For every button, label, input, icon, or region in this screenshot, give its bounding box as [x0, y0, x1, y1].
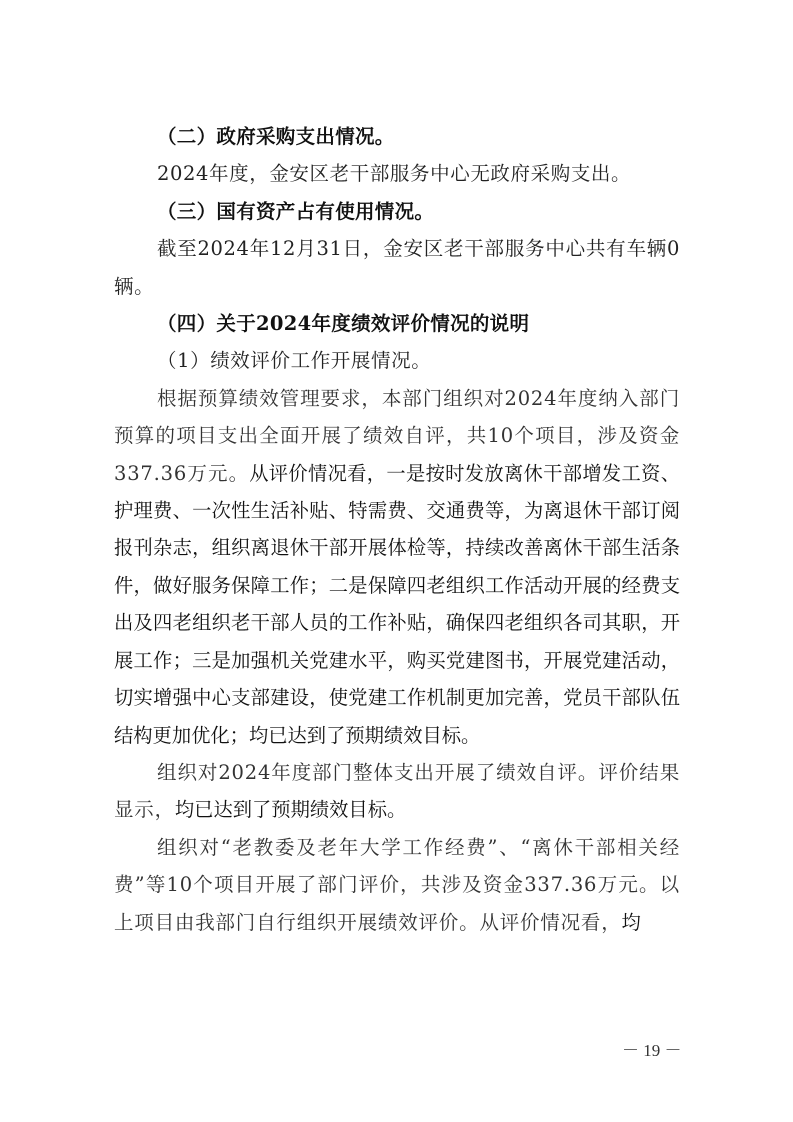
- paragraph-evaluation-findings: 从评价情况看，一是按时发放离休干部增发工资、护理费、一次性生活补贴、特需费、交通…: [114, 462, 680, 747]
- page-number: － 19 －: [622, 1036, 702, 1061]
- section-heading-performance-evaluation: （四）关于2024年度绩效评价情况的说明: [114, 305, 680, 342]
- document-body: （二）政府采购支出情况。 2024年度，金安区老干部服务中心无政府采购支出。 （…: [114, 118, 680, 941]
- paragraph-procurement-statement: 2024年度，金安区老干部服务中心无政府采购支出。: [114, 155, 680, 192]
- paragraph-department-continuation: 均: [622, 911, 641, 934]
- paragraph-overall-evaluation: 组织对2024年度部门整体支出开展了绩效自评。评价结果显示，均已达到了预期绩效目…: [114, 754, 680, 829]
- paragraph-overall-result: 均已达到了预期绩效目标。: [175, 798, 406, 821]
- document-page: （二）政府采购支出情况。 2024年度，金安区老干部服务中心无政府采购支出。 （…: [0, 0, 793, 1122]
- paragraph-project-self-evaluation: 根据预算绩效管理要求，本部门组织对2024年度纳入部门预算的项目支出全面开展了绩…: [114, 380, 680, 754]
- section-heading-government-procurement: （二）政府采购支出情况。: [114, 118, 680, 155]
- paragraph-department-text: 组织对“老教委及老年大学工作经费”、“离休干部相关经费”等10个项目开展了部门评…: [114, 836, 680, 934]
- paragraph-department-evaluation: 组织对“老教委及老年大学工作经费”、“离休干部相关经费”等10个项目开展了部门评…: [114, 829, 680, 941]
- section-heading-state-assets: （三）国有资产占有使用情况。: [114, 193, 680, 230]
- subheading-evaluation-work: （1）绩效评价工作开展情况。: [114, 342, 680, 379]
- paragraph-vehicle-count: 截至2024年12月31日，金安区老干部服务中心共有车辆0辆。: [114, 230, 680, 305]
